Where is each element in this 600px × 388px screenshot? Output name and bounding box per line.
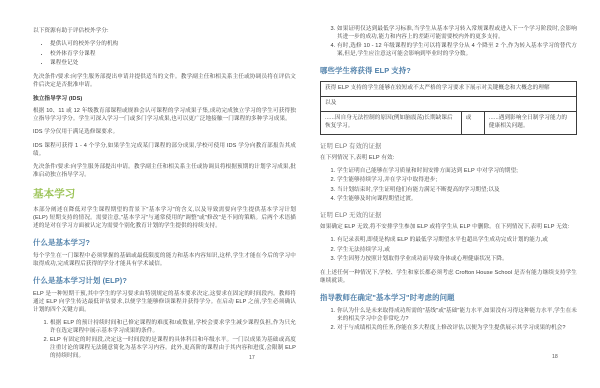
list-item: 对于与成绩相关的任务,你能在多大程度上修改评估,以便为学生提供展示其学习成果的机…: [337, 325, 577, 333]
list-item: 当计划结束时,学生证明他们有能力满足不断提高的学习期望;以及: [337, 187, 577, 195]
elp-effective-intro: 在下列情况下,表明 ELP 有效:: [320, 155, 577, 163]
elp-key-aspects-list-continued: 如果证明仅达到最低学习标准,当学生从基本学习转入常规课程或进入下一个学习阶段时,…: [320, 26, 577, 59]
who-gets-elp-heading: 哪些学生将获得 ELP 支持?: [320, 66, 577, 77]
table-cell-top: 获得 ELP 支持的学生能够在较短或不太严格的学习要求下展示对关键概念和大概念的…: [321, 82, 577, 97]
list-item: 提供认可的校外学分的机构: [50, 41, 296, 49]
external-credits-list: 提供认可的校外学分的机构 校外体育学分课程 课程登记处: [33, 41, 296, 68]
what-is-essential-learning-paragraph: 每个学生在一门课程中必须掌握的基础或最低限度的能力和基本内容知识,这样,学生才能…: [33, 253, 296, 269]
closing-paragraph: 在上述任何一种情况下,学校、学生和家长都必须考虑 Crofton House S…: [320, 270, 577, 286]
elp-effective-heading: 证明 ELP 有效的证据: [320, 142, 577, 151]
list-item: 校外体育学分课程: [50, 51, 296, 59]
list-item: 你认为什么是未来取得成功所需的"基线"或"基础"能力水平,如果没有习得这种能力水…: [337, 308, 577, 324]
document-spread: 以下资源有助于评估校外学分: 提供认可的校外学分的机构 校外体育学分课程 课程登…: [0, 0, 600, 388]
ids-paragraph-2: IDS 学分仅用于满足选修课要求。: [33, 129, 296, 137]
table-cell-left: ......因自身无法控制的原因(例如脑震荡)长期缺课后恢复学习。: [321, 112, 462, 135]
ids-prerequisites-paragraph: 先决条件/要求:向学生服务部提出申请。教学副主任和相关系主任或协调员将根据预期的…: [33, 164, 296, 180]
list-item: 根据 ELP 的预计持续时间和已修定课程的难度和/或数量,学校会要求学生减少课程…: [50, 320, 296, 336]
list-item: ELP 有固定的时间段,决定这一时间段的是课程的具体科目和年级水平。一门以成果为…: [50, 337, 296, 361]
essential-learning-heading: 基本学习: [33, 187, 296, 202]
list-item: 有时,选修 10 - 12 年级课程的学生可以将课程学分从 4 个降至 2 个,…: [337, 43, 577, 59]
page-right: 如果证明仅达到最低学习标准,当学生从基本学习转入常规课程或进入下一个学习阶段时,…: [320, 26, 577, 339]
table-cell-right: ......遇到影响全日制学习能力的健康相关问题。: [484, 112, 576, 135]
elp-ineffective-list: 有记录表明,即使是构成 ELP 的最低学习期望水平也超出学生成功完成计划的能力,…: [320, 237, 577, 264]
teacher-questions-heading: 指导教师在确定"基本学习"时考虑的问题: [320, 293, 577, 304]
table-cell-and: 以及: [321, 97, 577, 112]
what-is-elp-paragraph: ELP 是一种短期干预,其中学生的学习要求由特别规定的基本要求决定,这要求在固定…: [33, 291, 296, 315]
elp-support-table: 获得 ELP 支持的学生能够在较短或不太严格的学习要求下展示对关键概念和大概念的…: [320, 81, 577, 135]
teacher-questions-list: 你认为什么是未来取得成功所需的"基线"或"基础"能力水平,如果没有习得这种能力水…: [320, 308, 577, 333]
list-item: 学生能够持续学习,并在学习中取得进步;: [337, 177, 577, 185]
list-item: 有记录表明,即使是构成 ELP 的最低学习期望水平也超出学生成功完成计划的能力,…: [337, 237, 577, 245]
elp-effective-list: 学生证明自己能够在学习质量和时间安排方面达到 ELP 中对学习的期望; 学生能够…: [320, 168, 577, 204]
essential-learning-intro: 本部分阐述在降低对学生课程期望的背景下"基本学习"的含义,以及导致需要向学生提供…: [33, 207, 296, 231]
page-number-left: 17: [249, 355, 255, 361]
external-credits-intro: 以下资源有助于评估校外学分:: [33, 28, 296, 36]
elp-key-aspects-list: 根据 ELP 的预计持续时间和已修定课程的难度和/或数量,学校会要求学生减少课程…: [33, 320, 296, 361]
ids-subheading: 独立指导学习 (IDS): [33, 96, 296, 104]
what-is-elp-heading: 什么是基本学习计划 (ELP)?: [33, 276, 296, 287]
table-cell-or: 或: [461, 112, 484, 135]
list-item: 学生无法持续学习,或: [337, 247, 577, 255]
list-item: 学生证明自己能够在学习质量和时间安排方面达到 ELP 中对学习的期望;: [337, 168, 577, 176]
list-item: 学生能够及时向课程期望过渡。: [337, 196, 577, 204]
page-left: 以下资源有助于评估校外学分: 提供认可的校外学分的机构 校外体育学分课程 课程登…: [33, 28, 296, 367]
elp-ineffective-heading: 证明 ELP 无效的证据: [320, 211, 577, 220]
list-item: 课程登记处: [50, 60, 296, 68]
ids-paragraph-3: IDS 课程可获得 1 - 4 个学分,如果学生完成某门课程的部分成果,学校可使…: [33, 143, 296, 159]
prerequisites-paragraph: 先决条件/要求:向学生服务部提出申请并提供适当的文件。教学副主任和相关系主任或协…: [33, 74, 296, 90]
page-number-right: 18: [552, 354, 558, 360]
elp-ineffective-intro: 如果确定 ELP 无效,将不安排学生参加 ELP 或将学生从 ELP 中删除。在…: [320, 224, 577, 232]
ids-paragraph-1: 根据 10、11 或 12 年级教育部课程或规准会认可课程的学习成果子集,成功完…: [33, 108, 296, 124]
what-is-essential-learning-heading: 什么是基本学习?: [33, 238, 296, 249]
list-item: 学生因努力按照计划取得学业成功而导致身体或心理健康状况下降。: [337, 256, 577, 264]
list-item: 如果证明仅达到最低学习标准,当学生从基本学习转入常规课程或进入下一个学习阶段时,…: [337, 26, 577, 42]
